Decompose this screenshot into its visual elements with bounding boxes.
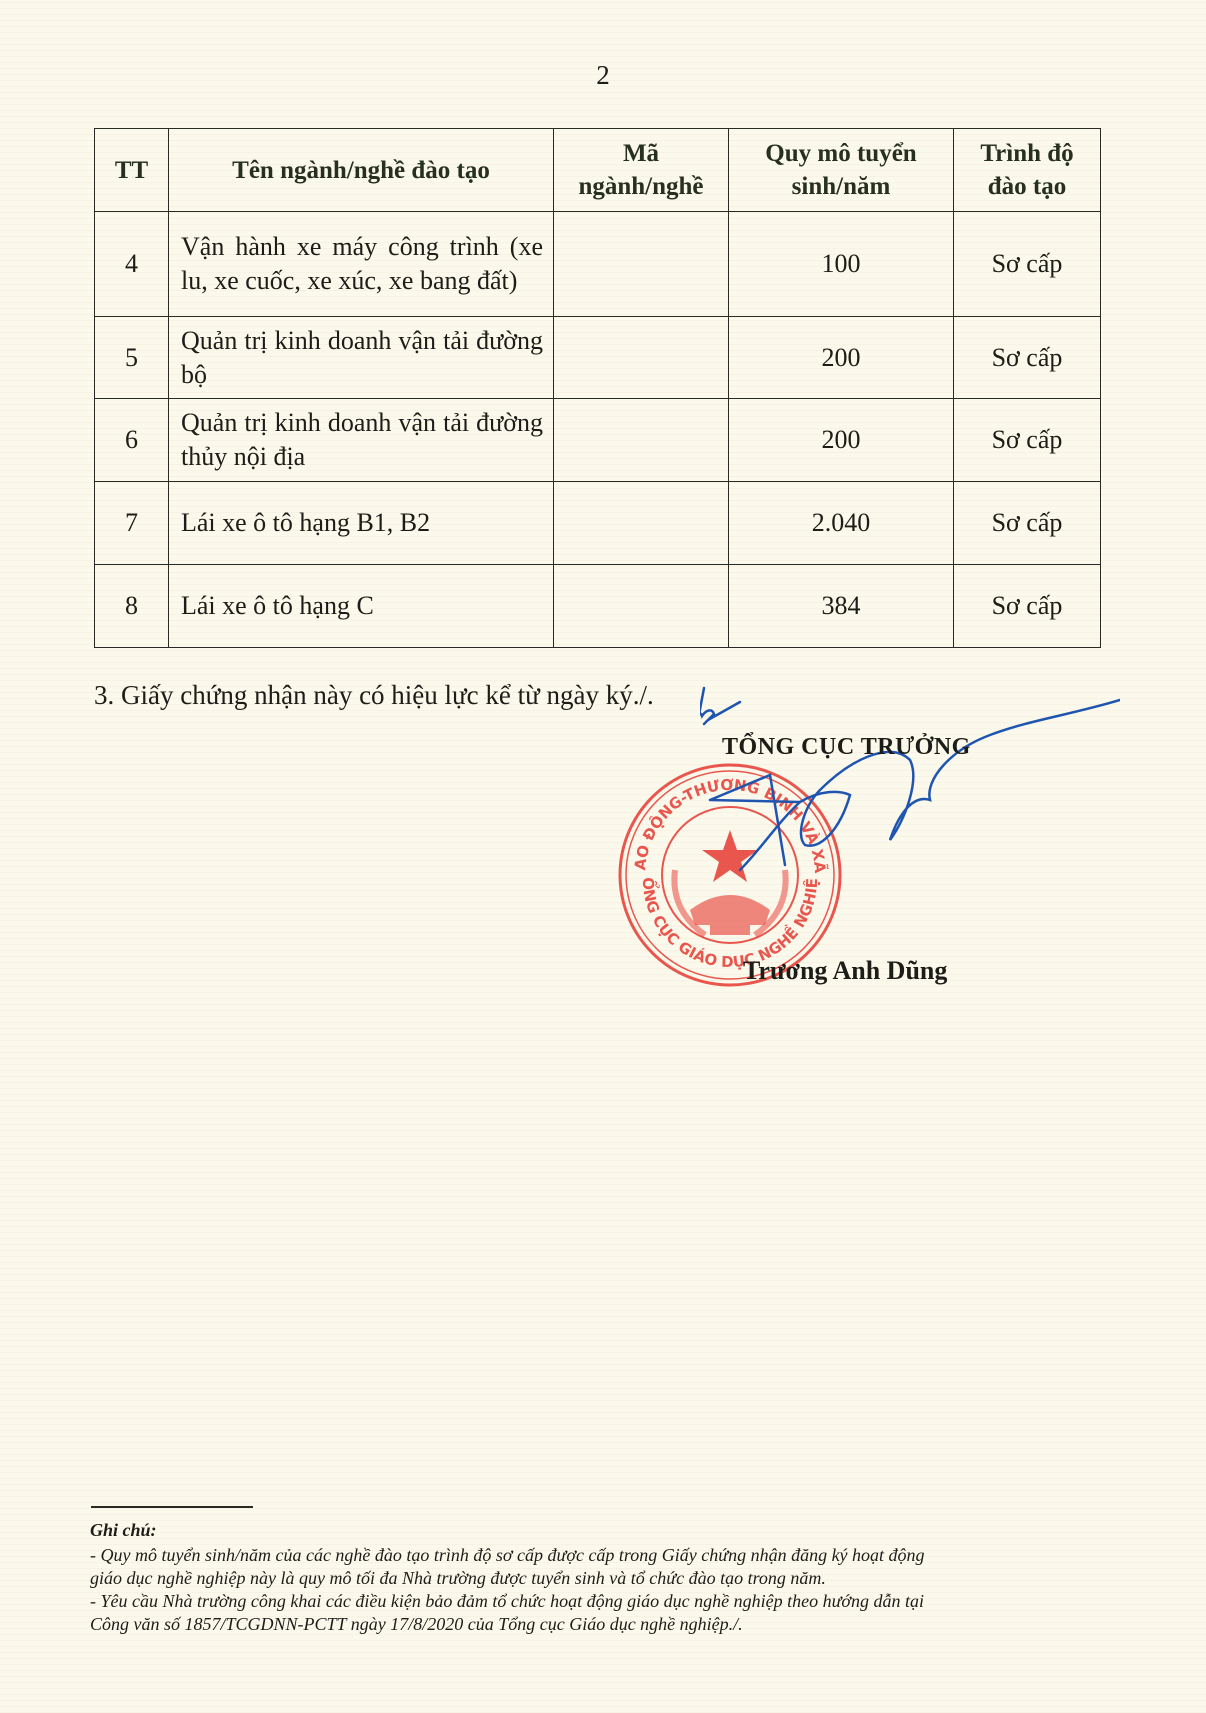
header-training-level: Trình độ đào tạo [954,129,1101,212]
row-training-level: Sơ cấp [954,212,1101,317]
row-program-name: Vận hành xe máy công trình (xe lu, xe cu… [169,212,554,317]
row-training-level: Sơ cấp [954,565,1101,648]
clause-3-validity: 3. Giấy chứng nhận này có hiệu lực kể từ… [94,680,654,711]
row-enrollment-quota: 100 [729,212,954,317]
signature-icon [700,680,1120,940]
row-program-name: Quản trị kinh doanh vận tải đường bộ [169,317,554,399]
row-program-code [554,399,729,482]
header-tt: TT [95,129,169,212]
page-number: 2 [0,60,1206,91]
row-enrollment-quota: 2.040 [729,482,954,565]
header-program-code: Mã ngành/nghề [554,129,729,212]
row-enrollment-quota: 384 [729,565,954,648]
training-programs-table: TT Tên ngành/nghề đào tạo Mã ngành/nghề … [94,128,1101,648]
note-line: giáo dục nghề nghiệp này là quy mô tối đ… [90,1567,1105,1589]
row-enrollment-quota: 200 [729,399,954,482]
row-program-code [554,565,729,648]
table-row: 7 Lái xe ô tô hạng B1, B2 2.040 Sơ cấp [95,482,1101,565]
row-training-level: Sơ cấp [954,317,1101,399]
row-tt: 8 [95,565,169,648]
row-tt: 4 [95,212,169,317]
header-program-code-text: Mã ngành/nghề [571,137,711,203]
table-row: 8 Lái xe ô tô hạng C 384 Sơ cấp [95,565,1101,648]
note-line: - Quy mô tuyển sinh/năm của các nghề đào… [90,1544,1105,1566]
note-line: - Yêu cầu Nhà trường công khai các điều … [90,1590,1105,1612]
row-training-level: Sơ cấp [954,482,1101,565]
table-row: 6 Quản trị kinh doanh vận tải đường thủy… [95,399,1101,482]
table-row: 5 Quản trị kinh doanh vận tải đường bộ 2… [95,317,1101,399]
row-enrollment-quota: 200 [729,317,954,399]
header-program-name: Tên ngành/nghề đào tạo [169,129,554,212]
row-training-level: Sơ cấp [954,399,1101,482]
row-program-name: Lái xe ô tô hạng B1, B2 [169,482,554,565]
footnote-divider [91,1506,253,1508]
row-tt: 5 [95,317,169,399]
row-program-code [554,482,729,565]
notes-label: Ghi chú: [90,1520,157,1541]
table-row: 4 Vận hành xe máy công trình (xe lu, xe … [95,212,1101,317]
header-training-level-text: Trình độ đào tạo [977,137,1077,203]
signer-name: Trương Anh Dũng [743,956,947,986]
row-program-name: Lái xe ô tô hạng C [169,565,554,648]
table-header-row: TT Tên ngành/nghề đào tạo Mã ngành/nghề … [95,129,1101,212]
row-tt: 7 [95,482,169,565]
row-program-name: Quản trị kinh doanh vận tải đường thủy n… [169,399,554,482]
note-line: Công văn số 1857/TCGDNN-PCTT ngày 17/8/2… [90,1613,1105,1635]
row-tt: 6 [95,399,169,482]
row-program-code [554,212,729,317]
row-program-code [554,317,729,399]
header-enrollment-quota-text: Quy mô tuyển sinh/năm [746,137,936,203]
signer-title: TỔNG CỤC TRƯỞNG [722,734,971,761]
header-enrollment-quota: Quy mô tuyển sinh/năm [729,129,954,212]
